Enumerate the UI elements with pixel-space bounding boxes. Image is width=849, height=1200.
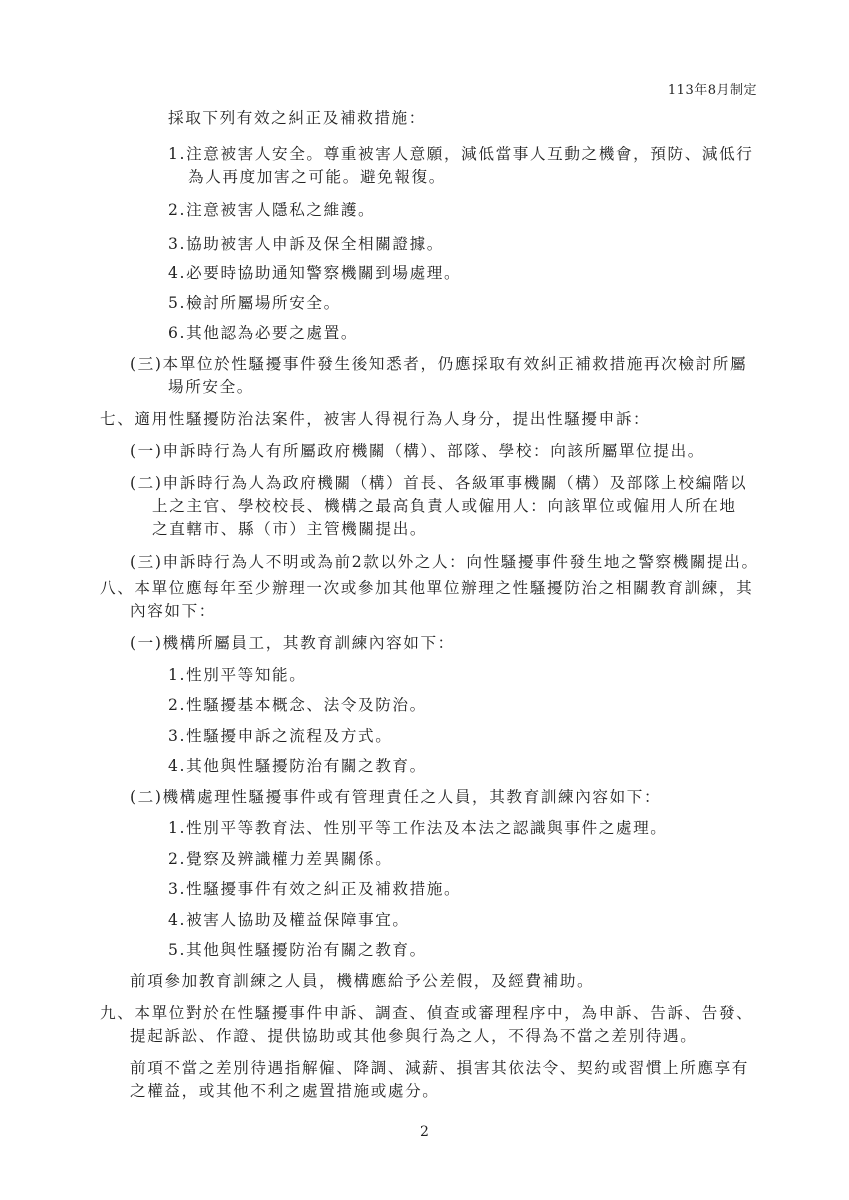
text-line: 前項不當之差別待遇指解僱、降調、減薪、損害其依法令、契約或習慣上所應享有 xyxy=(130,1057,749,1079)
document-page: 113年8月制定 採取下列有效之糾正及補救措施：1.注意被害人安全。尊重被害人意… xyxy=(0,0,849,1200)
text-line: 2.性騷擾基本概念、法令及防治。 xyxy=(168,694,427,716)
text-line: 4.被害人協助及權益保障事宜。 xyxy=(168,909,410,931)
text-line: 八、本單位應每年至少辦理一次或參加其他單位辦理之性騷擾防治之相關教育訓練，其 xyxy=(100,577,753,599)
text-line: 之權益，或其他不利之處置措施或處分。 xyxy=(130,1080,440,1102)
text-line: 2.注意被害人隱私之維護。 xyxy=(168,199,375,221)
text-line: 九、本單位對於在性騷擾事件申訴、調查、偵查或審理程序中，為申訴、告訴、告發、 xyxy=(100,1002,753,1024)
text-line: 內容如下： xyxy=(130,600,216,622)
text-line: 採取下列有效之糾正及補救措施： xyxy=(168,107,426,129)
text-line: 為人再度加害之可能。避免報復。 xyxy=(188,166,446,188)
text-line: 6.其他認為必要之處置。 xyxy=(168,322,358,344)
text-line: 1.性別平等教育法、性別平等工作法及本法之認識與事件之處理。 xyxy=(168,817,668,839)
text-line: 4.其他與性騷擾防治有關之教育。 xyxy=(168,755,427,777)
page-number: 2 xyxy=(420,1124,429,1140)
text-line: 前項參加教育訓練之人員，機構應給予公差假，及經費補助。 xyxy=(130,970,594,992)
revision-date: 113年8月制定 xyxy=(668,79,757,98)
text-line: (二)機構處理性騷擾事件或有管理責任之人員，其教育訓練內容如下： xyxy=(130,786,661,808)
text-line: 4.必要時協助通知警察機關到場處理。 xyxy=(168,262,461,284)
text-line: 場所安全。 xyxy=(168,376,254,398)
text-line: 提起訴訟、作證、提供協助或其他參與行為之人，不得為不當之差別待遇。 xyxy=(130,1025,697,1047)
text-line: 3.協助被害人申訴及保全相關證據。 xyxy=(168,233,444,255)
text-line: (三)本單位於性騷擾事件發生後知悉者，仍應採取有效糾正補救措施再次檢討所屬 xyxy=(130,353,747,375)
text-line: 3.性騷擾申訴之流程及方式。 xyxy=(168,725,392,747)
text-line: 之直轄市、縣（市）主管機關提出。 xyxy=(152,518,427,540)
text-line: (二)申訴時行為人為政府機關（構）首長、各級軍事機關（構）及部隊上校編階以 xyxy=(130,472,747,494)
text-line: 七、適用性騷擾防治法案件，被害人得視行為人身分，提出性騷擾申訴： xyxy=(100,408,650,430)
text-line: 上之主官、學校校長、機構之最高負責人或僱用人：向該單位或僱用人所在地 xyxy=(152,495,737,517)
text-line: 1.注意被害人安全。尊重被害人意願，減低當事人互動之機會，預防、減低行 xyxy=(168,143,753,165)
text-line: 1.性別平等知能。 xyxy=(168,664,306,686)
text-line: (三)申訴時行為人不明或為前2款以外之人：向性騷擾事件發生地之警察機關提出。 xyxy=(130,551,759,573)
text-line: 2.覺察及辨識權力差異關係。 xyxy=(168,848,392,870)
text-line: 3.性騷擾事件有效之糾正及補救措施。 xyxy=(168,878,461,900)
text-line: 5.檢討所屬場所安全。 xyxy=(168,292,341,314)
text-line: 5.其他與性騷擾防治有關之教育。 xyxy=(168,939,427,961)
text-line: (一)申訴時行為人有所屬政府機關（構）、部隊、學校：向該所屬單位提出。 xyxy=(130,440,705,462)
text-line: (一)機構所屬員工，其教育訓練內容如下： xyxy=(130,632,455,654)
